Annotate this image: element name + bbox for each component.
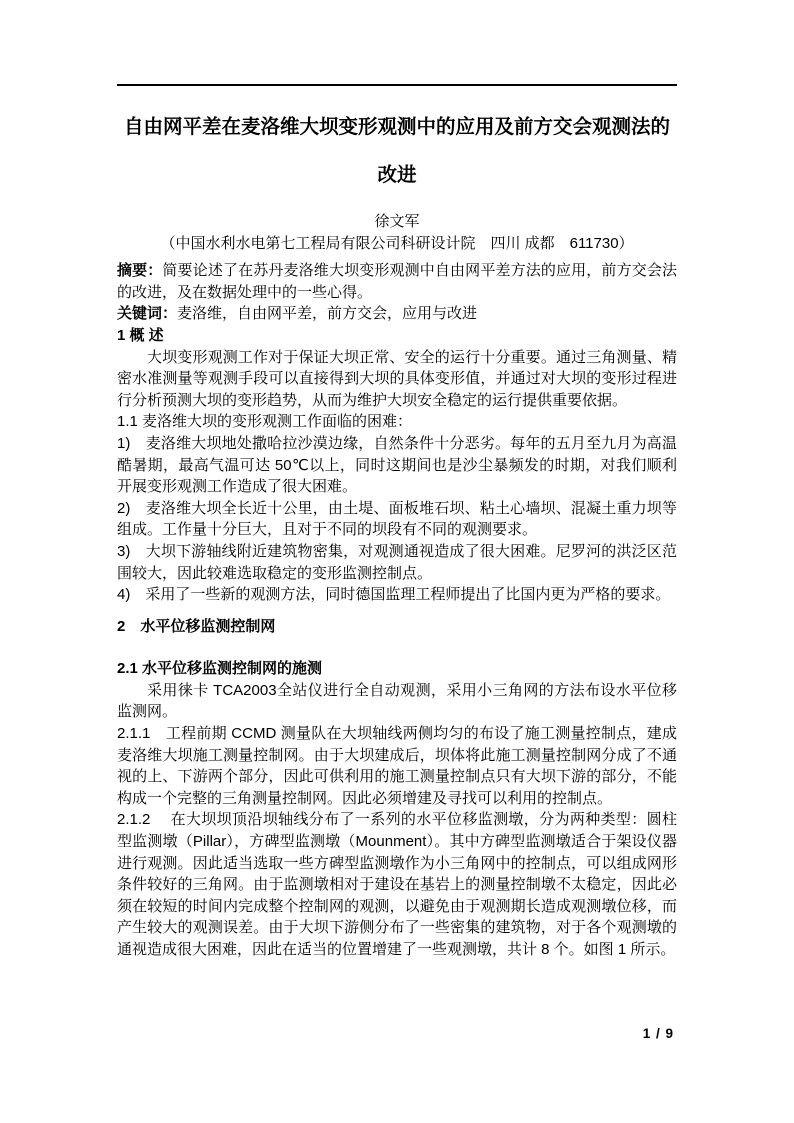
subsection-heading-2-1: 2.1 水平位移监测控制网的施测 [117, 658, 677, 680]
list-item-4: 4) 采用了一些新的观测方法，同时德国监理工程师提出了比国内更为严格的要求。 [117, 584, 677, 606]
subsection-1-1: 1.1 麦洛维大坝的变形观测工作面临的困难： [117, 411, 677, 433]
author: 徐文军 [117, 211, 677, 233]
keywords-label: 关键词： [117, 305, 177, 322]
paragraph: 采用徕卡 TCA2003全站仪进行全自动观测，采用小三角网的方法布设水平位移监测… [117, 680, 677, 723]
list-item-3: 3) 大坝下游轴线附近建筑物密集，对观测通视造成了很大困难。尼罗河的洪泛区范围较… [117, 541, 677, 584]
page-content: 自由网平差在麦洛维大坝变形观测中的应用及前方交会观测法的改进 徐文军 （中国水利… [117, 0, 677, 961]
document-page: 自由网平差在麦洛维大坝变形观测中的应用及前方交会观测法的改进 徐文军 （中国水利… [0, 0, 794, 1123]
header-rule [117, 84, 677, 86]
list-item-2: 2) 麦洛维大坝全长近十公里，由土堤、面板堆石坝、粘土心墙坝、混凝土重力坝等组成… [117, 498, 677, 541]
keywords: 关键词：麦洛维，自由网平差，前方交会，应用与改进 [117, 303, 677, 325]
paragraph: 大坝变形观测工作对于保证大坝正常、安全的运行十分重要。通过三角测量、精密水准测量… [117, 347, 677, 412]
paper-title: 自由网平差在麦洛维大坝变形观测中的应用及前方交会观测法的改进 [117, 103, 677, 199]
page-number: 1 / 9 [643, 1026, 674, 1041]
section-heading-2: 2 水平位移监测控制网 [117, 616, 677, 638]
paragraph-2-1-2: 2.1.2 在大坝坝顶沿坝轴线分布了一系列的水平位移监测墩，分为两种类型：圆柱型… [117, 809, 677, 960]
keywords-text: 麦洛维，自由网平差，前方交会，应用与改进 [177, 305, 477, 322]
paragraph-2-1-1: 2.1.1 工程前期 CCMD 测量队在大坝轴线两侧均匀的布设了施工测量控制点，… [117, 723, 677, 809]
section-heading-1: 1 概 述 [117, 325, 677, 347]
abstract-text: 简要论述了在苏丹麦洛维大坝变形观测中自由网平差方法的应用，前方交会法的改进，及在… [117, 262, 677, 301]
abstract-label: 摘要： [117, 262, 162, 279]
affiliation: （中国水利水电第七工程局有限公司科研设计院 四川 成都 611730） [117, 233, 677, 255]
abstract: 摘要：简要论述了在苏丹麦洛维大坝变形观测中自由网平差方法的应用，前方交会法的改进… [117, 260, 677, 303]
list-item-1: 1) 麦洛维大坝地处撒哈拉沙漠边缘，自然条件十分恶劣。每年的五月至九月为高温酷暑… [117, 433, 677, 498]
